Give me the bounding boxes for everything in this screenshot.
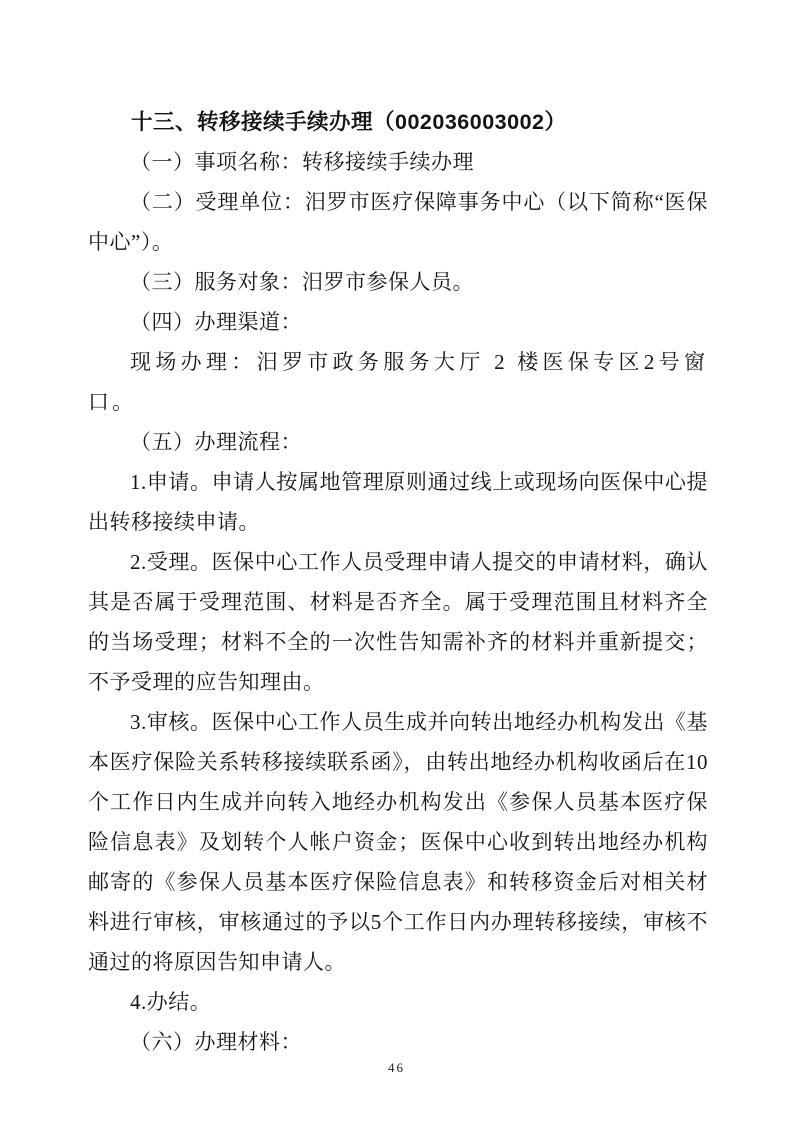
para-onsite-channel: 现场办理：汨罗市政务服务大厅 2 楼医保专区2号窗口。	[88, 342, 708, 422]
para-accepting-unit: （二）受理单位：汨罗市医疗保障事务中心（以下简称“医保中心”）。	[88, 182, 708, 262]
para-service-target: （三）服务对象：汨罗市参保人员。	[88, 262, 708, 302]
document-page: 十三、转移接续手续办理（002036003002） （一）事项名称：转移接续手续…	[0, 0, 793, 1122]
para-channels-heading: （四）办理渠道：	[88, 302, 708, 342]
para-materials-heading: （六）办理材料：	[88, 1022, 708, 1062]
para-step-3-review: 3.审核。医保中心工作人员生成并向转出地经办机构发出《基本医疗保险关系转移接续联…	[88, 702, 708, 982]
para-step-2-accept: 2.受理。医保中心工作人员受理申请人提交的申请材料，确认其是否属于受理范围、材料…	[88, 542, 708, 702]
para-step-4-complete: 4.办结。	[88, 982, 708, 1022]
para-item-name: （一）事项名称：转移接续手续办理	[88, 142, 708, 182]
page-footer: 46	[0, 1059, 793, 1122]
document-body: 十三、转移接续手续办理（002036003002） （一）事项名称：转移接续手续…	[88, 0, 708, 1062]
para-step-1-apply: 1.申请。申请人按属地管理原则通过线上或现场向医保中心提出转移接续申请。	[88, 462, 708, 542]
page-number: 46	[388, 1060, 405, 1076]
para-process-heading: （五）办理流程：	[88, 422, 708, 462]
section-title: 十三、转移接续手续办理（002036003002）	[88, 102, 708, 142]
